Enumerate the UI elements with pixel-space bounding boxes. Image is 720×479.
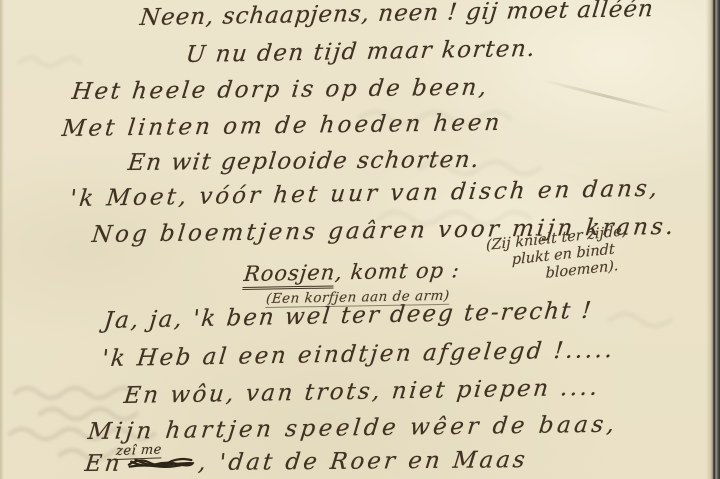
verse-line: Mijn hartjen speelde wêer de baas, [87,412,619,445]
manuscript-page: Neen, schaapjens, neen ! gij moet alléén… [0,0,720,479]
verse-line-with-deletion: En, 'dat de Roer en Maas [84,447,530,477]
verse-line: En wôu, van trots, niet piepen .... [123,375,601,409]
final-line-suffix: , 'dat de Roer en Maas [197,447,529,476]
verse-line: 'k Moet, vóór het uur van disch en dans, [69,176,662,212]
page-right-edge-shadow [706,0,720,479]
verse-line: Ja, ja, 'k ben wel ter deeg te-recht ! [103,298,594,334]
character-name: Roosjen [242,260,336,290]
verse-line: En wit geplooide schorten. [127,147,482,176]
verse-line: U nu den tijd maar korten. [185,36,538,68]
page-left-edge [0,0,4,479]
verse-line: Het heele dorp is op de been, [71,75,491,105]
verse-line: Neen, schaapjens, neen ! gij moet alléén [139,0,656,31]
verse-line: 'k Heb al een eindtjen afgelegd !..... [101,337,616,372]
character-cue: Roosjen, komt op : [243,258,461,286]
paper-crease [542,79,674,115]
final-line-prefix: En [84,451,125,477]
verse-line: Met linten om de hoeden heen [61,110,504,142]
scribbled-out-word [126,450,196,467]
character-cue-suffix: , komt op : [334,258,461,284]
